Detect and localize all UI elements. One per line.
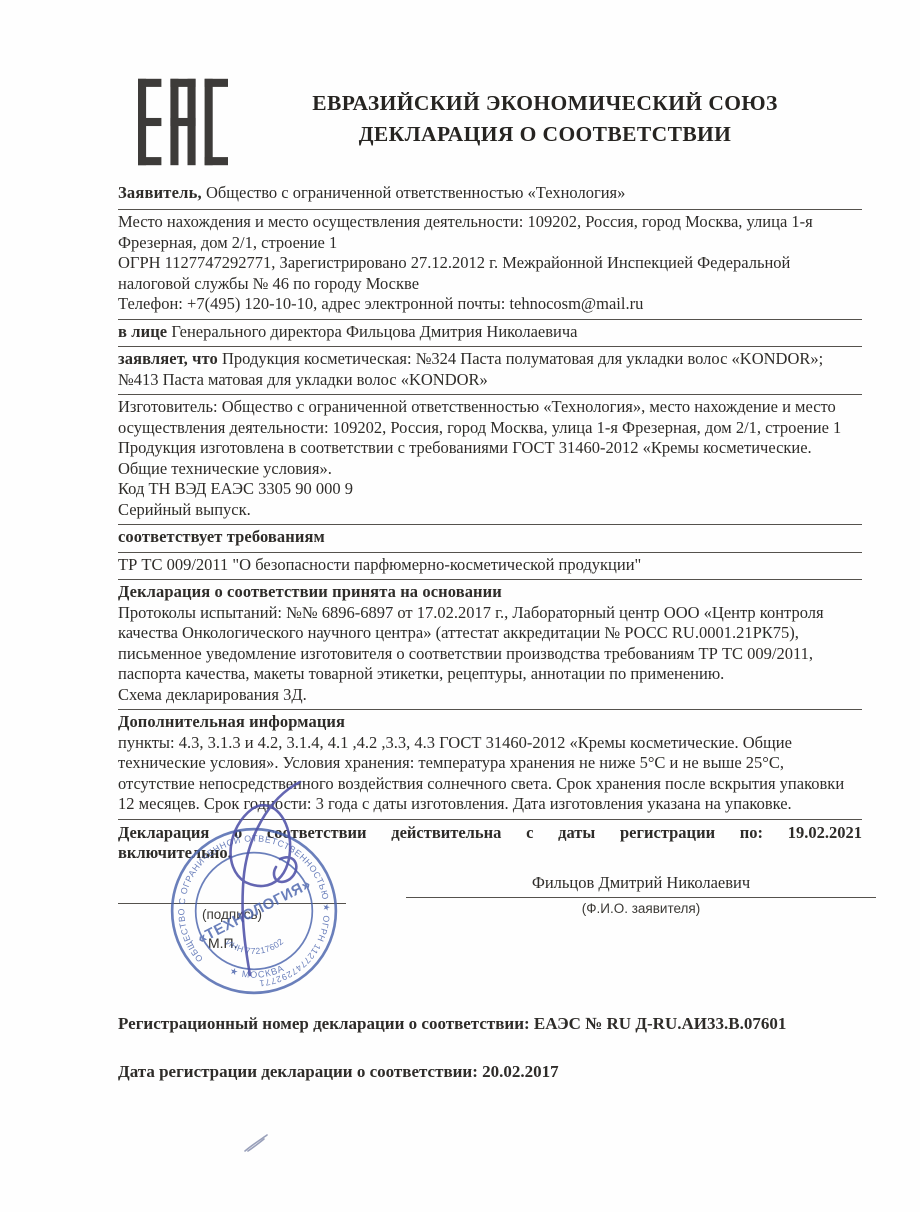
declaration-document: ЕВРАЗИЙСКИЙ ЭКОНОМИЧЕСКИЙ СОЮЗ ДЕКЛАРАЦИ… — [0, 0, 920, 1212]
declaration-table: Место нахождения и место осуществления д… — [118, 209, 862, 869]
representative-label: в лице — [118, 322, 167, 341]
compliance-regulation: ТР ТС 009/2011 "О безопасности парфюмерн… — [118, 555, 862, 576]
document-title: ЕВРАЗИЙСКИЙ ЭКОНОМИЧЕСКИЙ СОЮЗ ДЕКЛАРАЦИ… — [228, 72, 862, 150]
declares-line: заявляет, что Продукция косметическая: №… — [118, 349, 862, 390]
eac-mark-icon — [138, 78, 228, 166]
applicant-line: Заявитель, Общество с ограниченной ответ… — [118, 182, 862, 203]
manufacturer-serial: Серийный выпуск. — [118, 500, 862, 521]
registration-date-line: Дата регистрации декларации о соответств… — [118, 1061, 862, 1083]
manufacturer-line: Изготовитель: Общество с ограниченной от… — [118, 397, 862, 438]
holder-name: Фильцов Дмитрий Николаевич — [406, 873, 876, 893]
basis-protocols: Протоколы испытаний: №№ 6896-6897 от 17.… — [118, 603, 862, 685]
stray-pen-mark — [240, 1130, 272, 1156]
document-content: ЕВРАЗИЙСКИЙ ЭКОНОМИЧЕСКИЙ СОЮЗ ДЕКЛАРАЦИ… — [118, 72, 862, 1083]
holder-name-line — [406, 897, 876, 898]
row-basis: Декларация о соответствии принята на осн… — [118, 580, 862, 710]
title-line-union: ЕВРАЗИЙСКИЙ ЭКОНОМИЧЕСКИЙ СОЮЗ — [228, 88, 862, 119]
location-phone: Телефон: +7(495) 120-10-10, адрес электр… — [118, 294, 862, 315]
registration-number-line: Регистрационный номер декларации о соотв… — [118, 1013, 862, 1035]
representative-value: Генерального директора Фильцова Дмитрия … — [171, 322, 577, 341]
signature-block: (подпись) М.П. Фильцов Дмитрий Николаеви… — [118, 869, 862, 995]
row-compliance: соответствует требованиям — [118, 525, 862, 553]
declares-value: Продукция косметическая: №324 Паста полу… — [118, 349, 823, 389]
basis-heading: Декларация о соответствии принята на осн… — [118, 582, 862, 603]
additional-heading-text: Дополнительная информация — [118, 712, 345, 731]
row-manufacturer: Изготовитель: Общество с ограниченной от… — [118, 395, 862, 525]
row-location: Место нахождения и место осуществления д… — [118, 210, 862, 320]
basis-scheme: Схема декларирования 3Д. — [118, 685, 862, 706]
declares-label: заявляет, что — [118, 349, 218, 368]
compliance-heading: соответствует требованиям — [118, 527, 862, 548]
holder-caption: (Ф.И.О. заявителя) — [406, 901, 876, 916]
row-compliance-body: ТР ТС 009/2011 "О безопасности парфюмерн… — [118, 553, 862, 581]
title-line-declaration: ДЕКЛАРАЦИЯ О СООТВЕТСТВИИ — [228, 119, 862, 150]
additional-heading: Дополнительная информация — [118, 712, 862, 733]
manufacturer-gost: Продукция изготовлена в соответствии с т… — [118, 438, 862, 479]
compliance-heading-text: соответствует требованиям — [118, 527, 325, 546]
applicant-value: Общество с ограниченной ответственностью… — [206, 183, 625, 202]
handwritten-signature — [203, 774, 413, 989]
manufacturer-tnved-code: Код ТН ВЭД ЕАЭС 3305 90 000 9 — [118, 479, 862, 500]
applicant-label: Заявитель, — [118, 183, 202, 202]
row-representative: в лице Генерального директора Фильцова Д… — [118, 320, 862, 348]
basis-heading-text: Декларация о соответствии принята на осн… — [118, 582, 502, 601]
row-declares: заявляет, что Продукция косметическая: №… — [118, 347, 862, 395]
location-address: Место нахождения и место осуществления д… — [118, 212, 862, 253]
location-ogrn: ОГРН 1127747292771, Зарегистрировано 27.… — [118, 253, 862, 294]
representative-line: в лице Генерального директора Фильцова Д… — [118, 322, 862, 343]
document-header: ЕВРАЗИЙСКИЙ ЭКОНОМИЧЕСКИЙ СОЮЗ ДЕКЛАРАЦИ… — [118, 72, 862, 166]
